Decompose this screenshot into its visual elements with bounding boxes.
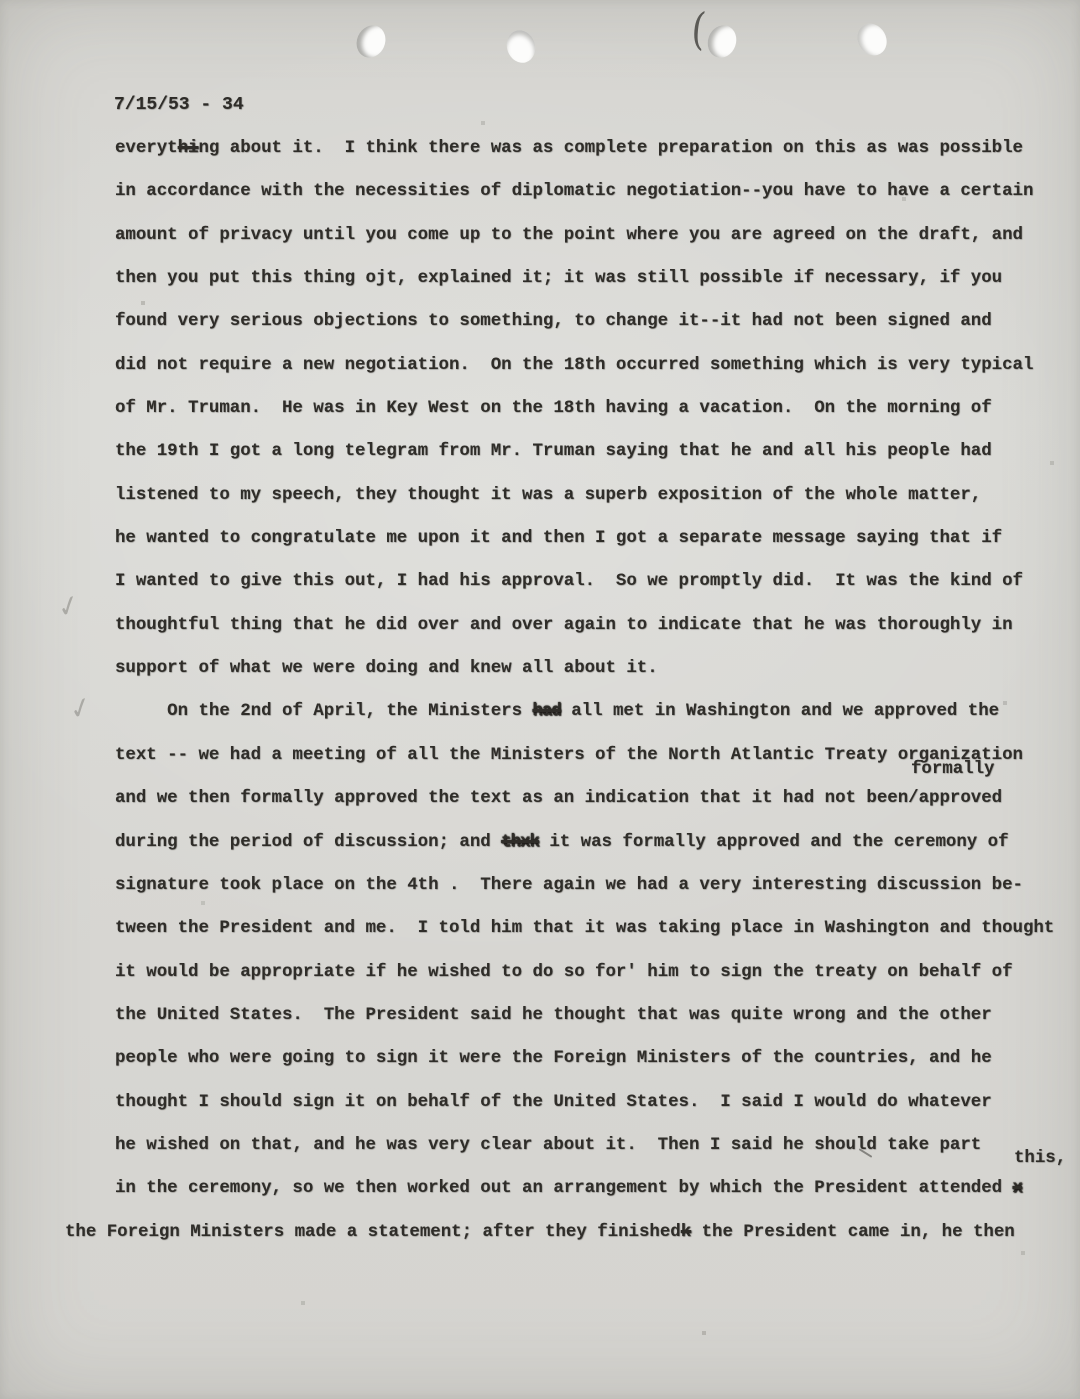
typed-line: everything about it. I think there was a…	[115, 127, 1080, 170]
typed-text-segment: during the period of discussion; and	[115, 833, 501, 852]
typed-text-segment: ng about it. I think there was as comple…	[199, 139, 1023, 158]
typed-line: and we then formally approved the text a…	[115, 777, 1080, 820]
typed-text-segment: he wished on that, and he was very clear…	[115, 1136, 981, 1155]
typed-text-segment: people who were going to sign it were th…	[115, 1049, 992, 1068]
typed-line: thought I should sign it on behalf of th…	[115, 1081, 1080, 1124]
scanned-document-page: ( 7/15/53 - 34 everything about it. I th…	[0, 0, 1080, 1399]
typed-text-segment: thought I should sign it on behalf of th…	[115, 1093, 992, 1112]
typed-line: during the period of discussion; and thx…	[115, 821, 1080, 864]
typed-text-segment: On the 2nd of April, the Ministers	[115, 702, 532, 721]
typed-line: of Mr. Truman. He was in Key West on the…	[115, 387, 1080, 430]
typed-text-segment: he wanted to congratulate me upon it and…	[115, 529, 1002, 548]
typed-text-segment: in accordance with the necessities of di…	[115, 182, 1033, 201]
typed-line: the Foreign Ministers made a statement; …	[65, 1211, 1080, 1254]
typed-text-segment: the President came in, he then	[691, 1223, 1015, 1242]
typed-line: then you put this thing ojt, explained i…	[115, 257, 1080, 300]
punch-hole	[351, 21, 390, 63]
typed-text-segment: the United States. The President said he…	[115, 1006, 992, 1025]
page-header-date-number: 7/15/53 - 34	[114, 95, 244, 115]
typed-line: support of what we were doing and knew a…	[115, 647, 1080, 690]
paper-specks	[0, 0, 2, 2]
typed-line: thoughtful thing that he did over and ov…	[115, 604, 1080, 647]
typed-text-segment: it would be appropriate if he wished to …	[115, 963, 1013, 982]
typed-line: amount of privacy until you come up to t…	[115, 214, 1080, 257]
pen-mark-parenthesis: (	[690, 3, 708, 55]
typed-line: On the 2nd of April, the Ministers had a…	[115, 690, 1080, 733]
struck-out-word: thxk	[501, 833, 539, 852]
typed-text-segment: support of what we were doing and knew a…	[115, 659, 658, 678]
typed-line: he wanted to congratulate me upon it and…	[115, 517, 1080, 560]
typed-line: I wanted to give this out, I had his app…	[115, 560, 1080, 603]
typed-line: did not require a new negotiation. On th…	[115, 344, 1080, 387]
typed-text-segment: everyt	[115, 139, 178, 158]
struck-out-word: k	[681, 1223, 691, 1242]
typed-line: listened to my speech, they thought it w…	[115, 474, 1080, 517]
typed-text-segment: tween the President and me. I told him t…	[115, 919, 1054, 938]
typed-text-segment: thoughtful thing that he did over and ov…	[115, 616, 1013, 635]
typed-line: he wished on that, and he was very clear…	[115, 1124, 1080, 1167]
typed-text-segment: in the ceremony, so we then worked out a…	[115, 1179, 1013, 1198]
punch-hole	[852, 18, 893, 61]
typed-line: signature took place on the 4th . There …	[115, 864, 1080, 907]
typed-text-segment: all met in Washington and we approved th…	[561, 702, 999, 721]
typed-text-segment: I wanted to give this out, I had his app…	[115, 572, 1023, 591]
typed-line: in accordance with the necessities of di…	[115, 170, 1080, 213]
typed-text-segment: the 19th I got a long telegram from Mr. …	[115, 442, 992, 461]
typed-line: people who were going to sign it were th…	[115, 1037, 1080, 1080]
typed-text-segment: it was formally approved and the ceremon…	[539, 833, 1009, 852]
typed-text-segment: signature took place on the 4th . There …	[115, 876, 1023, 895]
typed-line: it would be appropriate if he wished to …	[115, 951, 1080, 994]
typed-text-body: everything about it. I think there was a…	[115, 127, 1080, 1254]
typed-text-segment: found very serious objections to somethi…	[115, 312, 992, 331]
typed-line: the 19th I got a long telegram from Mr. …	[115, 430, 1080, 473]
struck-out-word: x	[1013, 1179, 1022, 1198]
punch-hole	[503, 26, 540, 66]
typed-line: in the ceremony, so we then worked out a…	[115, 1167, 1080, 1210]
struck-out-word: had	[532, 702, 560, 721]
typed-text-segment: and we then formally approved the text a…	[115, 789, 1002, 808]
typed-text-segment: text -- we had a meeting of all the Mini…	[115, 746, 1023, 765]
inserted-word-this: this,	[1014, 1149, 1066, 1168]
typed-text-segment: amount of privacy until you come up to t…	[115, 226, 1023, 245]
pencil-check-icon: ✓	[54, 588, 83, 627]
punch-hole	[703, 21, 741, 62]
typed-text-segment: of Mr. Truman. He was in Key West on the…	[115, 399, 992, 418]
typed-text-segment: did not require a new negotiation. On th…	[115, 356, 1033, 375]
typed-line: tween the President and me. I told him t…	[115, 907, 1080, 950]
typed-text-segment: then you put this thing ojt, explained i…	[115, 269, 1002, 288]
typed-text-segment: the Foreign Ministers made a statement; …	[65, 1223, 681, 1242]
inserted-word-formally: formally	[911, 760, 995, 779]
typed-line: the United States. The President said he…	[115, 994, 1080, 1037]
typed-text-segment: listened to my speech, they thought it w…	[115, 486, 981, 505]
typed-line: found very serious objections to somethi…	[115, 300, 1080, 343]
struck-out-word: hi	[178, 139, 199, 158]
pencil-check-icon: ✓	[66, 690, 95, 729]
